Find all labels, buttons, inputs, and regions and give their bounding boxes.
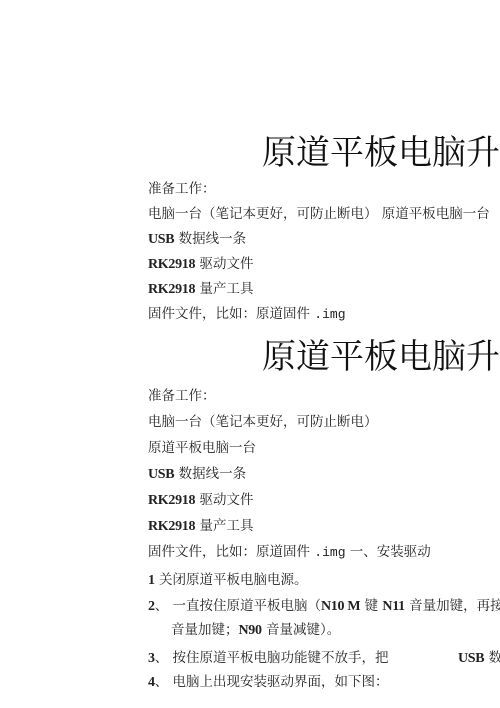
prep-item-tool: RK2918 量产工具 [148,283,254,297]
chip-label: RK2918 [148,257,195,272]
usb-label: USB [458,651,484,666]
document-page: 原道平板电脑升级 准备工作： 电脑一台（笔记本更好，可防止断电） 原道平板电脑一… [0,0,500,708]
usb-label: USB [148,232,174,247]
step-1: 1 关闭原道平板电脑电源。 [148,574,308,588]
prep-item-driver: RK2918 驱动文件 [148,494,254,508]
prep-item-driver: RK2918 驱动文件 [148,258,254,272]
step-number: 4 [148,675,155,690]
step-2: 2、 一直按住原道平板电脑（N10 M 键 N11 音量加键，再接电 [148,600,500,614]
file-extension: .img [314,545,345,560]
step-number: 3 [148,651,155,666]
step-number: 1 [148,573,155,588]
chip-label: RK2918 [148,519,195,534]
usb-label: USB [148,467,174,482]
step-4: 4、 电脑上出现安装驱动界面，如下图： [148,676,389,690]
section-title: 原道平板电脑升级 [262,340,500,374]
prep-item-computer: 电脑一台（笔记本更好，可防止断电） 原道平板电脑一台 [148,208,490,222]
prep-item-tablet: 原道平板电脑一台 [148,442,256,456]
prep-heading: 准备工作： [148,390,216,404]
chip-label: RK2918 [148,493,195,508]
step-3: 3、 按住原道平板电脑功能键不放手，把 [148,652,389,666]
file-extension: .img [314,307,345,322]
step-number: 2 [148,599,155,614]
chip-label: RK2918 [148,282,195,297]
step-2-continued: 音量加键；N90 音量减键）。 [171,624,340,638]
prep-item-computer: 电脑一台（笔记本更好，可防止断电） [148,416,378,430]
section-title: 原道平板电脑升级 [262,136,500,170]
step-3-tail: USB 数据 [458,652,500,666]
prep-item-tool: RK2918 量产工具 [148,520,254,534]
prep-item-usb: USB 数据线一条 [148,468,246,482]
prep-item-usb: USB 数据线一条 [148,233,246,247]
prep-item-firmware: 固件文件，比如：原道固件 .img [148,308,346,322]
install-driver-heading: 一、安装驱动 [346,544,431,560]
prep-heading: 准备工作： [148,183,216,197]
prep-item-firmware: 固件文件，比如：原道固件 .img 一、安装驱动 [148,546,431,560]
model-label: N10 M [321,599,360,614]
model-label: N11 [382,599,404,614]
model-label: N90 [239,623,262,638]
